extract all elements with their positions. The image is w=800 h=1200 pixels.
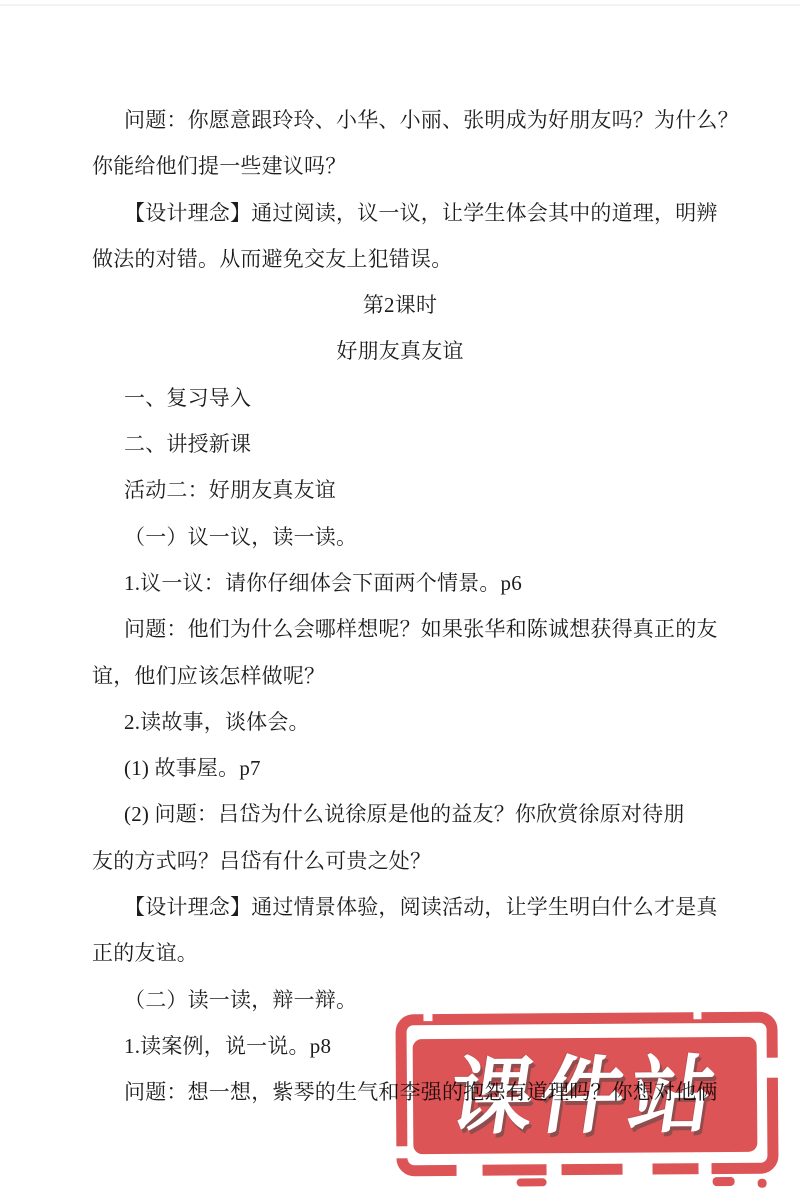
paragraph-line: 友的方式吗？吕岱有什么可贵之处？ [0,838,800,884]
courseware-stamp: 课件站 [395,1012,778,1177]
document-page: { "page": { "background": "#ffffff", "te… [0,0,800,1200]
design-concept-line: 做法的对错。从而避免交友上犯错误。 [0,236,800,282]
section-heading: 二、讲授新课 [0,421,800,467]
activity-heading: 活动二：好朋友真友谊 [0,467,800,513]
design-concept-line: 【设计理念】通过阅读，议一议，让学生体会其中的道理，明辨 [0,190,800,236]
stamp-label: 课件站 [444,1053,727,1139]
paragraph-line: 1.议一议：请你仔细体会下面两个情景。p6 [0,560,800,606]
stamp-ink-blob [713,1177,735,1186]
stamp-ink-blob [758,1179,767,1188]
lesson-plan-body: 问题：你愿意跟玲玲、小华、小丽、张明成为好朋友吗？为什么？ 你能给他们提一些建议… [0,0,800,1116]
stamp-distress-mark [766,1058,780,1078]
paragraph-line: 谊，他们应该怎样做呢？ [0,653,800,699]
stamp-distress-mark [546,1160,561,1177]
stamp-distress-mark [423,1012,432,1021]
paragraph-line: 问题：你愿意跟玲玲、小华、小丽、张明成为好朋友吗？为什么？ [0,97,800,143]
stamp-distress-mark [622,1160,652,1177]
paragraph-line: (2) 问题：吕岱为什么说徐原是他的益友？你欣赏徐原对待朋 [0,791,800,837]
stamp-distress-mark [394,1146,408,1158]
stamp-distress-mark [693,1010,701,1019]
design-concept-line: 正的友谊。 [0,930,800,976]
paragraph-line: 你能给他们提一些建议吗？ [0,143,800,189]
section-heading: 一、复习导入 [0,375,800,421]
paragraph-line: (1) 故事屋。p7 [0,745,800,791]
paragraph-line: 2.读故事，谈体会。 [0,699,800,745]
paragraph-line: 问题：他们为什么会哪样想呢？如果张华和陈诚想获得真正的友 [0,606,800,652]
subsection-heading: （一）议一议，读一读。 [0,514,800,560]
stamp-distress-mark [698,1159,711,1176]
period-heading: 第2课时 [0,282,800,328]
lesson-title: 好朋友真友谊 [0,328,800,374]
stamp-distress-mark [456,1161,482,1178]
stamp-ink-blob [517,1178,547,1186]
stamp-background: 课件站 [413,1037,758,1154]
design-concept-line: 【设计理念】通过情景体验，阅读活动，让学生明白什么才是真 [0,884,800,930]
